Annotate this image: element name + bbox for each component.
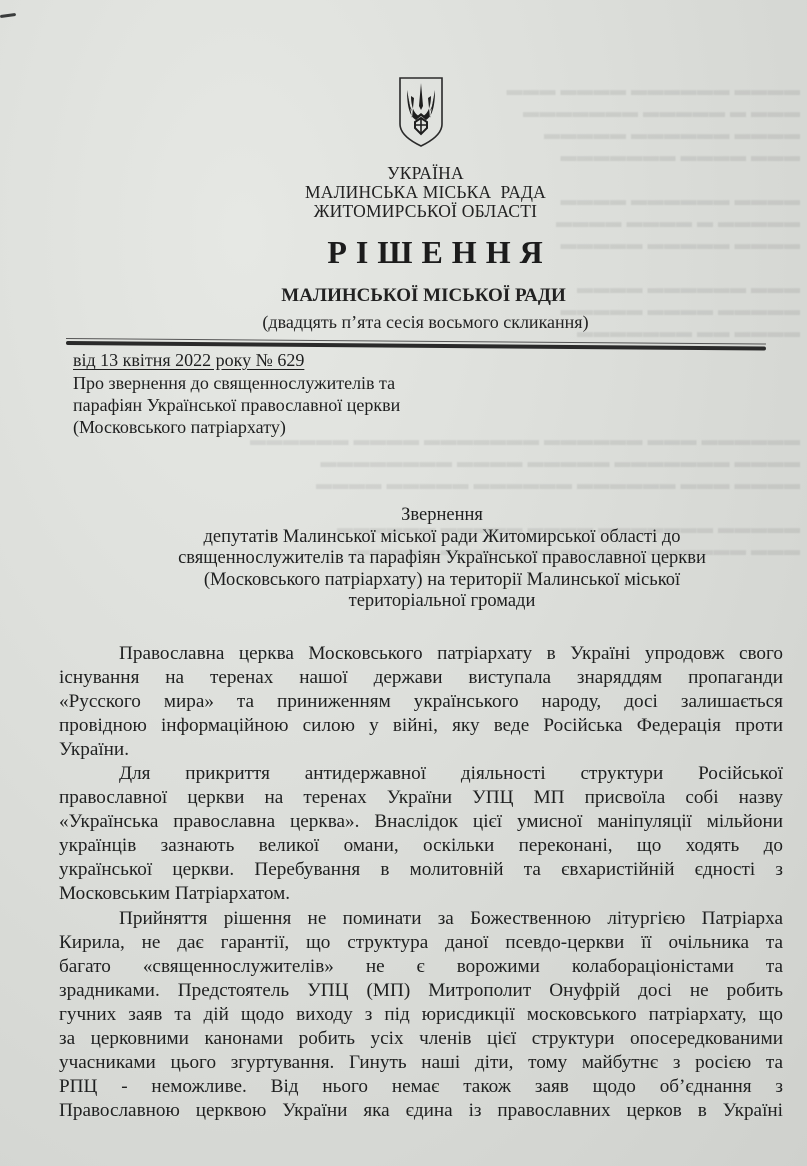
paragraph-line: РПЦ - неможливе. Від нього немає також з… xyxy=(59,1075,783,1099)
paragraph-line: Православна церква Московського патріарх… xyxy=(59,642,783,666)
subject-line: Про звернення до священнослужителів та xyxy=(73,372,593,394)
session-info: (двадцять п’ята сесія восьмого скликання… xyxy=(22,312,807,333)
appeal-heading-line: священнослужителів та парафіян Українськ… xyxy=(92,548,792,570)
trident-emblem-icon xyxy=(398,76,444,148)
appeal-heading-line: територіальної громади xyxy=(92,591,792,613)
paragraph-line: української церкви. Перебування в молито… xyxy=(59,858,783,882)
subject-line: парафіян Української православної церкви xyxy=(73,394,593,416)
decision-subject: Про звернення до священнослужителів та п… xyxy=(73,372,593,438)
paragraph-line: «Українська православна церква». Внаслід… xyxy=(59,810,783,834)
paragraph-line: провідною інформаційною силою у війні, я… xyxy=(59,714,783,738)
paragraph-line: Для прикриття антидержавної діяльності с… xyxy=(59,762,783,786)
header-region: ЖИТОМИРСЬКОЇ ОБЛАСТІ xyxy=(22,201,807,222)
pen-mark xyxy=(0,13,16,18)
paragraph-3: Прийняття рішення не поминати за Божеств… xyxy=(59,907,783,1123)
header-country: УКРАЇНА xyxy=(22,163,807,184)
paragraph-line: за церковними канонами робить усіх члені… xyxy=(59,1027,783,1051)
paragraph-line: України. xyxy=(59,738,783,762)
paragraph-line: українців зазнають великої омани, оскіль… xyxy=(59,834,783,858)
paragraph-line: гучних заяв та дій щодо виходу з під юри… xyxy=(59,1003,783,1027)
paragraph-line: Прийняття рішення не поминати за Божеств… xyxy=(59,907,783,931)
appeal-heading: Звернення депутатів Малинської міської р… xyxy=(92,505,792,613)
paragraph-line: учасниками цього згуртування. Гинуть наш… xyxy=(59,1051,783,1075)
document-page: ▬▬▬▬ ▬▬▬▬▬▬ ▬▬▬▬ ▬▬▬▬▬▬ ▬ ▬▬▬▬▬ ▬▬▬▬▬▬▬▬… xyxy=(0,0,807,1166)
paragraph-line: Кирила, не дає гарантії, що структура да… xyxy=(59,931,783,955)
decision-date-number: від 13 квітня 2022 року № 629 xyxy=(73,350,304,371)
paragraph-line: багато «священнослужителів» не є ворожим… xyxy=(59,955,783,979)
appeal-heading-line: Звернення xyxy=(92,505,792,527)
subject-line: (Московського патріархату) xyxy=(73,416,593,438)
paragraph-line: Православною церквою України яка єдина і… xyxy=(59,1099,783,1123)
paragraph-line: православної церкви на теренах України У… xyxy=(59,786,783,810)
paragraph-2: Для прикриття антидержавної діяльності с… xyxy=(59,762,783,906)
document-title: РІШЕННЯ xyxy=(36,234,807,271)
paragraph-1: Православна церква Московського патріарх… xyxy=(59,642,783,762)
header-council: МАЛИНСЬКА МІСЬКА РАДА xyxy=(22,182,807,203)
appeal-heading-line: (Московського патріархату) на території … xyxy=(92,570,792,592)
paragraph-line: Московським Патріархатом. xyxy=(59,882,783,906)
appeal-heading-line: депутатів Малинської міської ради Житоми… xyxy=(92,527,792,549)
paragraph-line: «Русского мира» та приниженням українськ… xyxy=(59,690,783,714)
paragraph-line: зрадниками. Предстоятель УПЦ (МП) Митроп… xyxy=(59,979,783,1003)
document-subtitle: МАЛИНСЬКОЇ МІСЬКОЇ РАДИ xyxy=(20,285,807,307)
paragraph-line: існування на теренах нашої держави висту… xyxy=(59,666,783,690)
